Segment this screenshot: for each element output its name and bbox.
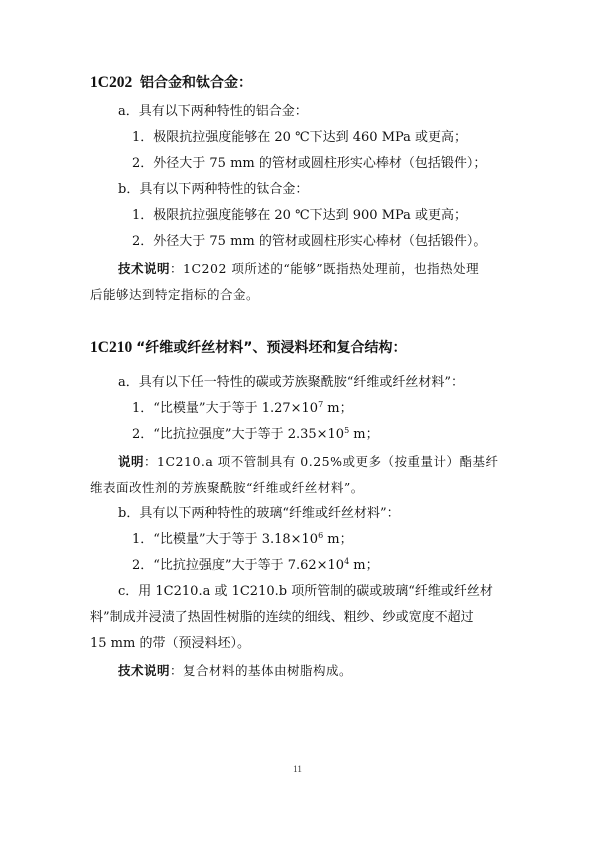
item-text: 1．“比模量”大于等于 3.18×10 [132, 532, 318, 547]
page-number: 11 [0, 764, 595, 774]
section-code: 1C202 [90, 74, 132, 91]
note-1c210a-cont: 维表面改性剂的芳族聚酰胺“纤维或纤丝材料”。 [90, 480, 364, 496]
item-b-2: 2．外径大于 75 mm 的管材或圆柱形实心棒材（包括锻件）。 [132, 234, 486, 250]
item-text: 2．“比抗拉强度”大于等于 2.35×10 [132, 427, 344, 442]
unit: m； [323, 532, 352, 547]
unit: m； [349, 558, 378, 573]
item-a-label: a．具有以下两种特性的铝合金： [118, 104, 308, 120]
item-c-line1: c．用 1C210.a 或 1C210.b 项所管制的碳或玻璃“纤维或纤丝材 [118, 584, 493, 600]
item-a-2: 2．“比抗拉强度”大于等于 2.35×105 m； [132, 427, 379, 443]
tech-note-label: 技术说明 [118, 663, 170, 678]
tech-note-text: ：1C202 项所述的“能够”既指热处理前，也指热处理 [170, 261, 479, 276]
item-a-1: 1．极限抗拉强度能够在 20 ℃下达到 460 MPa 或更高； [132, 130, 467, 146]
section-code: 1C210 [90, 339, 132, 356]
item-a-1: 1．“比模量”大于等于 1.27×107 m； [132, 401, 353, 417]
item-b-1: 1．极限抗拉强度能够在 20 ℃下达到 900 MPa 或更高； [132, 208, 467, 224]
item-a-label: a．具有以下任一特性的碳或芳族聚酰胺“纤维或纤丝材料”： [118, 375, 464, 391]
item-a-2: 2．外径大于 75 mm 的管材或圆柱形实心棒材（包括锻件）； [132, 156, 486, 172]
tech-note-1c202-cont: 后能够达到特定指标的合金。 [90, 287, 259, 303]
item-b-label: b．具有以下两种特性的玻璃“纤维或纤丝材料”： [118, 506, 400, 522]
tech-note-text: ：复合材料的基体由树脂构成。 [170, 663, 352, 678]
section-heading-1c202: 1C202 铝合金和钛合金： [90, 75, 252, 91]
item-b-1: 1．“比模量”大于等于 3.18×106 m； [132, 532, 353, 548]
item-text: 2．“比抗拉强度”大于等于 7.62×10 [132, 558, 344, 573]
item-c-line3: 15 mm 的带（预浸料坯）。 [90, 636, 250, 652]
unit: m； [323, 401, 352, 416]
note-label: 说明 [118, 454, 144, 469]
section-title: “纤维或纤丝材料”、预浸料坯和复合结构： [136, 340, 406, 356]
unit: m； [349, 427, 378, 442]
tech-note-1c210: 技术说明：复合材料的基体由树脂构成。 [118, 663, 352, 679]
note-1c210a: 说明：1C210.a 项不管制具有 0.25%或更多（按重量计）酯基纤 [118, 454, 498, 470]
section-title: 铝合金和钛合金： [140, 75, 252, 91]
section-heading-1c210: 1C210 “纤维或纤丝材料”、预浸料坯和复合结构： [90, 340, 406, 356]
item-b-2: 2．“比抗拉强度”大于等于 7.62×104 m； [132, 558, 379, 574]
tech-note-label: 技术说明 [118, 261, 170, 276]
item-b-label: b．具有以下两种特性的钛合金： [118, 182, 308, 198]
tech-note-1c202: 技术说明：1C202 项所述的“能够”既指热处理前，也指热处理 [118, 261, 479, 277]
note-text: ：1C210.a 项不管制具有 0.25%或更多（按重量计）酯基纤 [144, 454, 498, 469]
item-text: 1．“比模量”大于等于 1.27×10 [132, 401, 318, 416]
item-c-line2: 料”制成并浸渍了热固性树脂的连续的细线、粗纱、纱或宽度不超过 [90, 610, 474, 626]
